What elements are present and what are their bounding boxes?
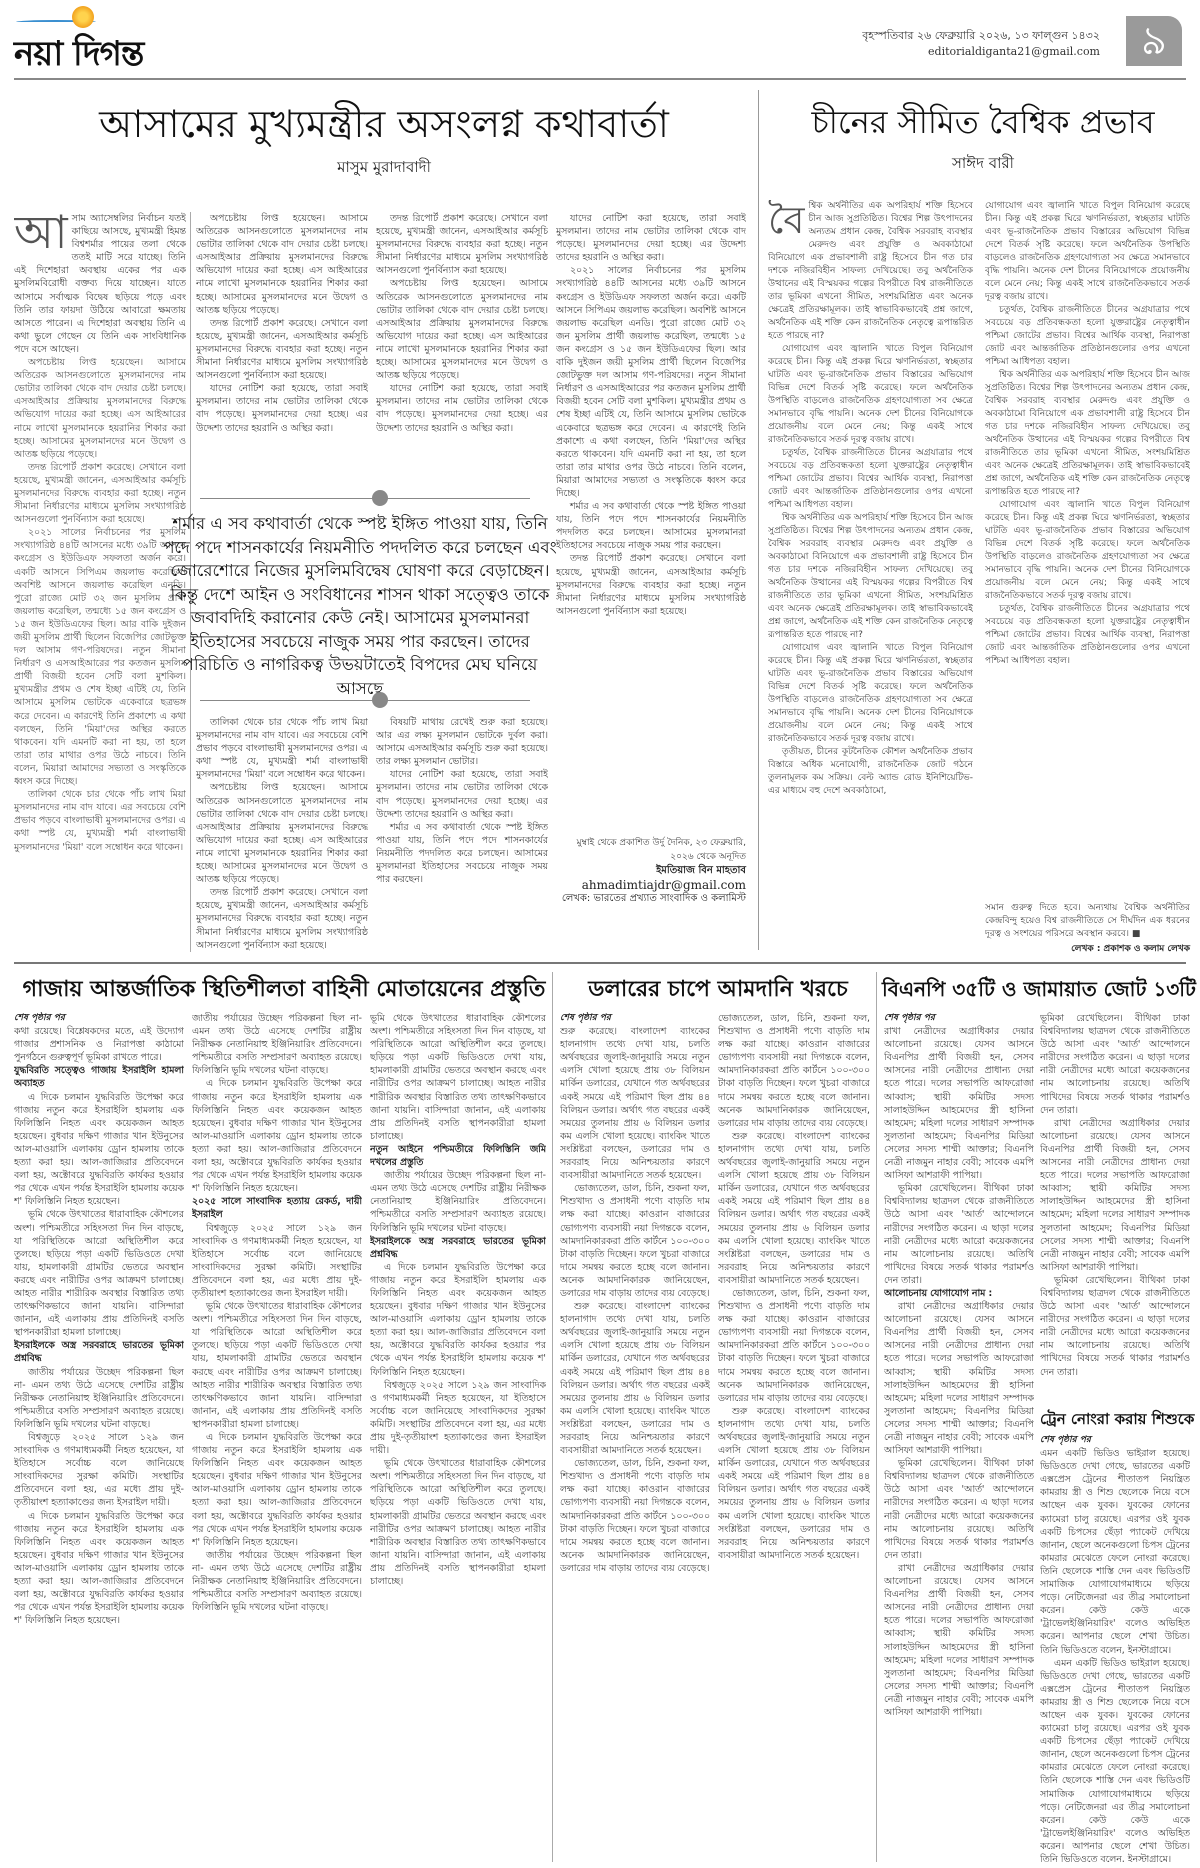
- gaza-col3-extra: বিশ্বজুড়ে ২০২৫ সালে ১২৯ জন সাংবাদিক ও গ…: [370, 1379, 546, 1458]
- china-author-note: লেখক : প্রকাশক ও কলাম লেখক: [985, 942, 1190, 956]
- assam-col2-more: তদন্ত রিপোর্ট প্রকাশ করেছে। সেখানে বলা হ…: [196, 317, 368, 382]
- gaza-subhead-4b: ইসরাইলকে অস্ত্র সরবরাহে ভারতের ভূমিকা প্…: [370, 1235, 546, 1261]
- assam-col3-lower-more: যাদের নোটিশ করা হয়েছে, তারা সবাই মুসলমা…: [376, 768, 548, 820]
- train-body-more: এমন একটি ভিডিও ভাইরাল হয়েছে। ভিডিওতে দে…: [1040, 1657, 1190, 1862]
- dollar-col2-more: শুরু করেছে। বাংলাদেশ ব্যাংকের হালনাগাদ ত…: [718, 1130, 870, 1287]
- masthead: নয়া দিগন্ত বৃহস্পতিবার ২৬ ফেব্রুয়ারি ২…: [0, 0, 1200, 80]
- bnp-column-1: শেষ পৃষ্ঠার পর রাখা নেত্রীদের অগ্রাধিকার…: [884, 1012, 1034, 1862]
- gaza-column-1: শেষ পৃষ্ঠার পর কথা রয়েছে। বিশ্লেষকদের ম…: [14, 1012, 184, 1862]
- assam-source-line: মুম্বাই থেকে প্রকাশিত উর্দু দৈনিক, ২৩ ফে…: [556, 836, 746, 864]
- gaza-col2-tail: এ দিকে চলমান যুদ্ধবিরতি উপেক্ষা করে গাজা…: [192, 1431, 362, 1549]
- assam-col3-text: তদন্ত রিপোর্ট প্রকাশ করেছে। সেখানে বলা হ…: [376, 212, 548, 277]
- editorial-email[interactable]: editorialdiganta21@gmail.com: [862, 44, 1100, 60]
- china-col2-tail: যোগাযোগ এবং জ্বালানি খাতে বিপুল বিনিয়োগ…: [985, 499, 1190, 603]
- masthead-divider: [14, 78, 1186, 80]
- train-headline: ট্রেন নোংরা করায় শিশুকে: [1040, 1408, 1190, 1430]
- dollar-headline: ডলারের চাপে আমদানি খরচে: [558, 974, 878, 1004]
- gaza-col2-repeat: জাতীয় পর্যায়ের উচ্ছেদ পরিকল্পনা ছিল না…: [192, 1549, 362, 1614]
- gaza-subhead-2: ২০২৫ সালে সাংবাদিক হত্যায় রেকর্ড, দায়ী…: [192, 1195, 362, 1221]
- assam-col3-lower-text: বিষয়টি মাথায় রেখেই শুরু করা হয়েছে। আর…: [376, 716, 548, 768]
- bnp-subhead: আলোচনায় যোগাযোগ নাম :: [884, 1287, 1034, 1300]
- gaza-headline: গাজায় আন্তর্জাতিক স্থিতিশীলতা বাহিনী মো…: [14, 974, 554, 1004]
- bnp-col1-body: রাখা নেত্রীদের অগ্রাধিকার দেয়ার আলোচনা …: [884, 1300, 1034, 1457]
- gaza-col3-more: এ দিকে চলমান যুদ্ধবিরতি উপেক্ষা করে গাজা…: [370, 1261, 546, 1379]
- assam-col3-lower-extra: শর্মার এ সব কথাবার্তা থেকে স্পষ্ট ইঙ্গিত…: [376, 821, 548, 886]
- assam-column-3: তদন্ত রিপোর্ট প্রকাশ করেছে। সেখানে বলা হ…: [376, 212, 548, 492]
- bnp-col1-extra: ভূমিকা রেখেছিলেন। বীথিকা ঢাকা বিশ্ববিদ্য…: [884, 1457, 1034, 1562]
- china-column-1: বৈ শ্বিক অর্থনীতির এক অপরিহার্য শক্তি হি…: [768, 200, 973, 950]
- china-closing: সমান গুরুত্ব দিতে হবে। অন্যথায় বৈশ্বিক …: [985, 902, 1190, 942]
- train-column: শেষ পৃষ্ঠার পর এমন একটি ভিডিও ভাইরাল হয়…: [1040, 1434, 1190, 1862]
- assam-col3-extra: যাদের নোটিশ করা হয়েছে, তারা সবাই মুসলমা…: [376, 382, 548, 434]
- gaza-col1-tail: বিশ্বজুড়ে ২০২৫ সালে ১২৯ জন সাংবাদিক ও গ…: [14, 1431, 184, 1510]
- assam-col1-tail: তালিকা থেকে চার থেকে পাঁচ লাখ মিয়া মুসল…: [14, 788, 186, 853]
- pull-quote-dot-top: [372, 490, 388, 506]
- china-headline: চীনের সীমিত বৈশ্বিক প্রভাব: [766, 100, 1200, 144]
- gaza-col1-text: কথা রয়েছে। বিশ্লেষকদের মতে, এই উদ্যোগ গ…: [14, 1026, 184, 1063]
- gaza-col1-more: ভূমি থেকে উৎখাতের ধারাবাহিক কৌশলের অংশ। …: [14, 1208, 184, 1339]
- gaza-col1-extra: জাতীয় পর্যায়ের উচ্ছেদ পরিকল্পনা ছিল না…: [14, 1366, 184, 1431]
- bnp-col1-tail: রাখা নেত্রীদের অগ্রাধিকার দেয়ার আলোচনা …: [884, 1562, 1034, 1719]
- assam-byline: মাসুম মুরাদাবাদী: [14, 156, 754, 181]
- pull-quote: শর্মার এ সব কথাবার্তা থেকে স্পষ্ট ইঙ্গিত…: [160, 512, 560, 700]
- column-divider: [552, 972, 553, 1862]
- gaza-col1-repeat: এ দিকে চলমান যুদ্ধবিরতি উপেক্ষা করে গাজা…: [14, 1510, 184, 1628]
- bnp-col1-text: রাখা নেত্রীদের অগ্রাধিকার দেয়ার আলোচনা …: [884, 1026, 1034, 1181]
- dateline: বৃহস্পতিবার ২৬ ফেব্রুয়ারি ২০২৬, ১৩ ফাল্…: [862, 28, 1100, 60]
- china-col2-extra: শ্বিক অর্থনীতির এক অপরিহার্য শক্তি হিসেব…: [985, 369, 1190, 499]
- assam-column-2: অপচেষ্টায় লিপ্ত হয়েছেন। আসামে অতিরেক আ…: [196, 212, 368, 492]
- sun-icon: [72, 6, 94, 28]
- bnp-headline: বিএনপি ৩৫টি ও জামায়াত জোট ১৩টি: [882, 974, 1190, 1004]
- china-column-2: যোগাযোগ এবং জ্বালানি খাতে বিপুল বিনিয়োগ…: [985, 200, 1190, 900]
- assam-column-4: যাদের নোটিশ করা হয়েছে, তারা সবাই মুসলমা…: [556, 212, 746, 830]
- translator-name: ইমতিয়াজ বিন মাহতাব: [556, 864, 746, 878]
- gaza-col3-tail: ভূমি থেকে উৎখাতের ধারাবাহিক কৌশলের অংশ। …: [370, 1457, 546, 1588]
- china-col1-repeat: শ্বিক অর্থনীতির এক অপরিহার্য শক্তি হিসেব…: [768, 512, 973, 642]
- dollar-col1-text: শুরু করেছে। বাংলাদেশ ব্যাংকের হালনাগাদ ত…: [560, 1026, 710, 1181]
- gaza-subhead-1: যুদ্ধবিরতি সত্ত্বেও গাজায় ইসরাইলি হামলা…: [14, 1064, 184, 1090]
- assam-col2-lower-more: অপচেষ্টায় লিপ্ত হয়েছেন। আসামে অতিরেক আ…: [196, 781, 368, 886]
- page-number-badge: ৯: [1126, 16, 1182, 66]
- gaza-subhead-4: ইসরাইলকে অস্ত্র সরবরাহে ভারতের ভূমিকা প্…: [14, 1339, 184, 1365]
- china-col2-more: চতুর্থত, বৈশ্বিক রাজনীতিতে চীনের অগ্রযাত…: [985, 304, 1190, 369]
- continued-label: শেষ পৃষ্ঠার পর: [14, 1012, 184, 1025]
- pull-quote-dot-bottom: [372, 692, 388, 708]
- assam-column-2-lower: তালিকা থেকে চার থেকে পাঁচ লাখ মিয়া মুসল…: [196, 716, 368, 952]
- translator-email[interactable]: ahmadimtiajdr@gmail.com: [556, 878, 746, 892]
- section-divider-horizontal: [14, 962, 1186, 964]
- continued-label: শেষ পৃষ্ঠার পর: [884, 1012, 1034, 1025]
- assam-col4-tail: তদন্ত রিপোর্ট প্রকাশ করেছে। সেখানে বলা হ…: [556, 552, 746, 617]
- train-body-text: এমন একটি ভিডিও ভাইরাল হয়েছে। ভিডিওতে দে…: [1040, 1448, 1190, 1655]
- continued-label: শেষ পৃষ্ঠার পর: [1040, 1434, 1190, 1447]
- section-divider-vertical: [758, 90, 759, 950]
- assam-col4-more: ২০২১ সালের নির্বাচনের পর মুসলিম সংখ্যাগর…: [556, 264, 746, 500]
- bnp-col2-extra: ভূমিকা রেখেছিলেন। বীথিকা ঢাকা বিশ্ববিদ্য…: [1040, 1274, 1190, 1379]
- assam-col1-continued: অপচেষ্টায় লিপ্ত হয়েছেন। আসামে অতিরেক আ…: [14, 356, 186, 461]
- gaza-column-2: জাতীয় পর্যায়ের উচ্ছেদ পরিকল্পনা ছিল না…: [192, 1012, 362, 1862]
- bnp-col2-text: ভূমিকা রেখেছিলেন। বীথিকা ঢাকা বিশ্ববিদ্য…: [1040, 1013, 1190, 1116]
- assam-author-note: লেখক: ভারতের প্রখ্যাত সাংবাদিক ও কলামিস্…: [556, 892, 746, 906]
- dollar-col2-text: ভোজ্যতেল, ডাল, চিনি, শুকনা ফল, শিশুখাদ্য…: [718, 1013, 870, 1129]
- gaza-col1-body: এ দিকে চলমান যুদ্ধবিরতি উপেক্ষা করে গাজা…: [14, 1091, 184, 1209]
- assam-col2-text: অপচেষ্টায় লিপ্ত হয়েছেন। আসামে অতিরেক আ…: [196, 212, 368, 317]
- china-col1-more: যোগাযোগ এবং জ্বালানি খাতে বিপুল বিনিয়োগ…: [768, 343, 973, 447]
- gaza-column-3: ভূমি থেকে উৎখাতের ধারাবাহিক কৌশলের অংশ। …: [370, 1012, 546, 1862]
- continued-label: শেষ পৃষ্ঠার পর: [560, 1012, 710, 1025]
- pull-quote-rule-bottom: [200, 700, 530, 701]
- assam-col3-more: অপচেষ্টায় লিপ্ত হয়েছেন। আসামে অতিরেক আ…: [376, 277, 548, 382]
- dropcap: বৈ: [768, 200, 805, 240]
- assam-col4-text: যাদের নোটিশ করা হয়েছে, তারা সবাই মুসলমা…: [556, 212, 746, 264]
- gaza-col2-extra: ভূমি থেকে উৎখাতের ধারাবাহিক কৌশলের অংশ। …: [192, 1300, 362, 1431]
- assam-col2-extra: যাদের নোটিশ করা হয়েছে, তারা সবাই মুসলমা…: [196, 382, 368, 434]
- assam-col4-extra: শর্মার এ সব কথাবার্তা থেকে স্পষ্ট ইঙ্গিত…: [556, 500, 746, 552]
- logo-text: নয়া দিগন্ত: [14, 34, 143, 74]
- dollar-col1-extra: শুরু করেছে। বাংলাদেশ ব্যাংকের হালনাগাদ ত…: [560, 1300, 710, 1457]
- china-col1-extra: চতুর্থত, বৈশ্বিক রাজনীতিতে চীনের অগ্রযাত…: [768, 447, 973, 512]
- pull-quote-rule-top: [200, 498, 530, 499]
- dollar-col2-extra: ভোজ্যতেল, ডাল, চিনি, শুকনা ফল, শিশুখাদ্য…: [718, 1287, 870, 1405]
- bnp-column-2: ভূমিকা রেখেছিলেন। বীথিকা ঢাকা বিশ্ববিদ্য…: [1040, 1012, 1190, 1400]
- column-divider: [876, 972, 877, 1862]
- assam-col2-lower-extra: তদন্ত রিপোর্ট প্রকাশ করেছে। সেখানে বলা হ…: [196, 886, 368, 951]
- gaza-subhead-3: নতুন আইনে পশ্চিমতীরে ফিলিস্তিনি জমি দখলে…: [370, 1143, 546, 1169]
- gaza-col3-body: জাতীয় পর্যায়ের উচ্ছেদ পরিকল্পনা ছিল না…: [370, 1169, 546, 1234]
- china-col2-text: যোগাযোগ এবং জ্বালানি খাতে বিপুল বিনিয়োগ…: [985, 200, 1190, 304]
- dollar-col1-tail: ভোজ্যতেল, ডাল, চিনি, শুকনা ফল, শিশুখাদ্য…: [560, 1457, 710, 1575]
- dollar-column-2: ভোজ্যতেল, ডাল, চিনি, শুকনা ফল, শিশুখাদ্য…: [718, 1012, 870, 1862]
- gaza-col2-more: এ দিকে চলমান যুদ্ধবিরতি উপেক্ষা করে গাজা…: [192, 1077, 362, 1195]
- dollar-column-1: শেষ পৃষ্ঠার পর শুরু করেছে। বাংলাদেশ ব্যা…: [560, 1012, 710, 1862]
- dropcap: আ: [14, 212, 68, 252]
- assam-signature: মুম্বাই থেকে প্রকাশিত উর্দু দৈনিক, ২৩ ফে…: [556, 836, 746, 906]
- dollar-col2-tail: শুরু করেছে। বাংলাদেশ ব্যাংকের হালনাগাদ ত…: [718, 1405, 870, 1562]
- gaza-col3-text: ভূমি থেকে উৎখাতের ধারাবাহিক কৌশলের অংশ। …: [370, 1013, 546, 1142]
- china-col2-repeat: চতুর্থত, বৈশ্বিক রাজনীতিতে চীনের অগ্রযাত…: [985, 603, 1190, 668]
- china-byline: সাঈদ বারী: [766, 152, 1200, 177]
- assam-headline: আসামের মুখ্যমন্ত্রীর অসংলগ্ন কথাবার্তা: [14, 100, 754, 148]
- bnp-col1-more: ভূমিকা রেখেছিলেন। বীথিকা ঢাকা বিশ্ববিদ্য…: [884, 1182, 1034, 1287]
- assam-column-3-lower: বিষয়টি মাথায় রেখেই শুরু করা হয়েছে। আর…: [376, 716, 548, 952]
- assam-col2-lower-text: তালিকা থেকে চার থেকে পাঁচ লাখ মিয়া মুসল…: [196, 716, 368, 781]
- dollar-col1-more: ভোজ্যতেল, ডাল, চিনি, শুকনা ফল, শিশুখাদ্য…: [560, 1182, 710, 1300]
- china-closing-text: সমান গুরুত্ব দিতে হবে। অন্যথায় বৈশ্বিক …: [985, 903, 1190, 939]
- issue-date: বৃহস্পতিবার ২৬ ফেব্রুয়ারি ২০২৬, ১৩ ফাল্…: [862, 28, 1100, 44]
- china-col1-tail: যোগাযোগ এবং জ্বালানি খাতে বিপুল বিনিয়োগ…: [768, 642, 973, 746]
- gaza-col2-body: বিশ্বজুড়ে ২০২৫ সালে ১২৯ জন সাংবাদিক ও গ…: [192, 1222, 362, 1301]
- bnp-col2-more: রাখা নেত্রীদের অগ্রাধিকার দেয়ার আলোচনা …: [1040, 1117, 1190, 1274]
- gaza-col2-text: জাতীয় পর্যায়ের উচ্ছেদ পরিকল্পনা ছিল না…: [192, 1013, 362, 1076]
- newspaper-logo[interactable]: নয়া দিগন্ত: [14, 14, 143, 71]
- china-col1-third: তৃতীয়ত, চীনের কূটনৈতিক কৌশল অর্থনৈতিক প…: [768, 746, 973, 798]
